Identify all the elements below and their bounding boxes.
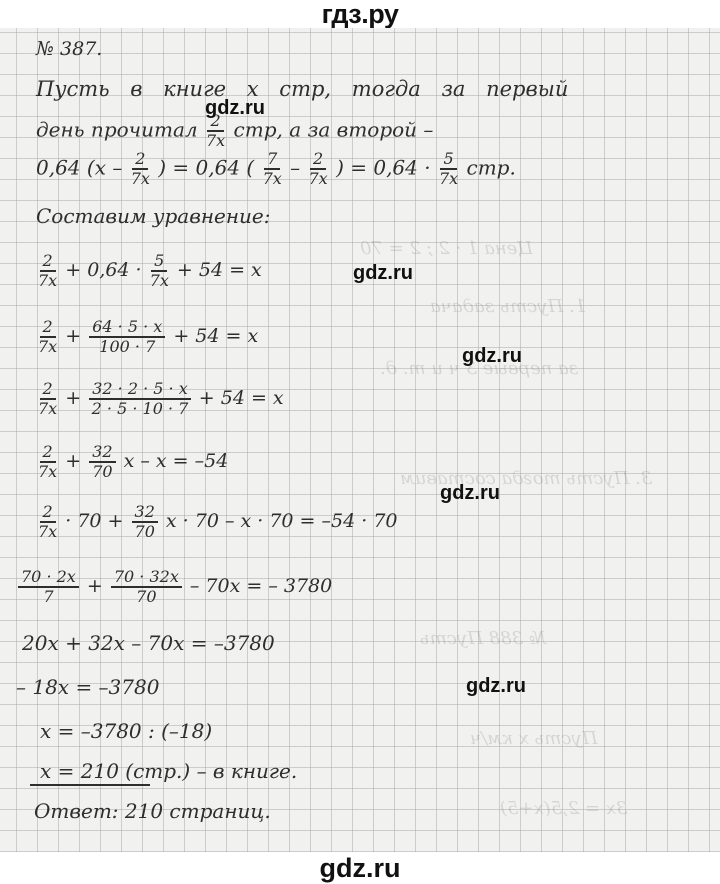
fraction: 27x <box>38 503 57 541</box>
intro-text: день прочитал <box>36 118 198 142</box>
equation-step-9: x = –3780 : (–18) <box>40 720 212 742</box>
intro-text: стр, а за второй – <box>234 118 434 142</box>
fraction: 27x <box>309 150 328 188</box>
fraction: 27x <box>131 150 150 188</box>
site-link[interactable]: gdz.ru <box>320 853 401 883</box>
equation-step-10: x = 210 (стр.) – в книге. <box>40 760 297 782</box>
equation-step-8: – 18x = –3780 <box>16 676 159 698</box>
equation-step-4: 27x + 3270 x – x = –54 <box>36 443 228 481</box>
fraction: 70 · 2x7 <box>18 568 79 606</box>
fraction: 27x <box>38 252 57 290</box>
bleed-through-text: 3. Пусть тогда составим <box>400 468 652 489</box>
watermark: gdz.ru <box>353 262 413 285</box>
bleed-through-text: 3x = 2,5(x+5) <box>500 798 628 819</box>
second-day-expression: 0,64 (x – 27x ) = 0,64 ( 77x – 27x ) = 0… <box>36 150 516 188</box>
answer: Ответ: 210 страниц. <box>34 800 271 822</box>
bleed-through-text: Цена 1 · 2 ; 2 = 70 <box>360 238 533 259</box>
equation-step-7: 20x + 32x – 70x = –3780 <box>22 632 275 654</box>
result-underline <box>30 784 150 786</box>
equation-step-2: 27x + 64 · 5 · x100 · 7 + 54 = x <box>36 318 258 356</box>
bleed-through-text: 1. Пусть задача <box>430 296 586 317</box>
bleed-through-text: № 388 Пусть <box>420 628 546 649</box>
fraction: 27x <box>38 318 57 356</box>
fraction: 57x <box>150 252 169 290</box>
fraction: 27x <box>38 443 57 481</box>
site-header: гдз.ру <box>0 0 720 28</box>
watermark: gdz.ru <box>205 97 265 120</box>
equation-step-5: 27x · 70 + 3270 x · 70 – x · 70 = –54 · … <box>36 503 398 541</box>
equation-step-1: 27x + 0,64 · 57x + 54 = x <box>36 252 262 290</box>
fraction: 70 · 32x70 <box>111 568 182 606</box>
site-footer: gdz.ru <box>0 852 720 884</box>
fraction: 77x <box>263 150 282 188</box>
watermark: gdz.ru <box>440 482 500 505</box>
fraction: 27x <box>38 380 57 418</box>
equation-step-3: 27x + 32 · 2 · 5 · x2 · 5 · 10 · 7 + 54 … <box>36 380 284 418</box>
intro-line-1: Пусть в книге x стр, тогда за первый <box>36 78 568 100</box>
fraction: 3270 <box>89 443 115 481</box>
bleed-through-text: Пусть x км/ч <box>470 728 598 749</box>
watermark: gdz.ru <box>466 675 526 698</box>
fraction: 32 · 2 · 5 · x2 · 5 · 10 · 7 <box>89 380 191 418</box>
equation-step-6: 70 · 2x7 + 70 · 32x70 – 70x = – 3780 <box>16 568 332 606</box>
equation-intro: Составим уравнение: <box>36 205 271 227</box>
site-title: гдз.ру <box>322 0 399 29</box>
watermark: gdz.ru <box>462 345 522 368</box>
problem-number: № 387. <box>36 38 102 60</box>
fraction: 57x <box>439 150 458 188</box>
fraction: 3270 <box>132 503 158 541</box>
fraction: 64 · 5 · x100 · 7 <box>89 318 165 356</box>
